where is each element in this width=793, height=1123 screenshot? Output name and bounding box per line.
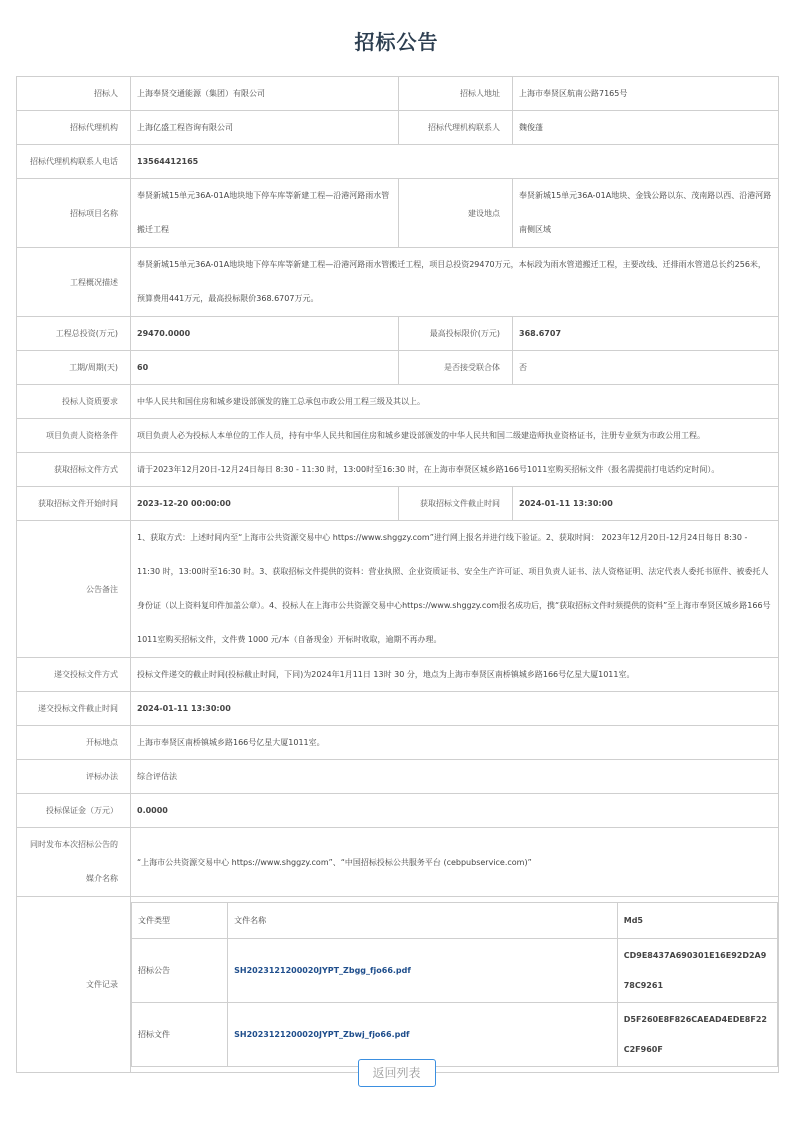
obtain-method-label: 获取招标文件方式	[17, 453, 131, 487]
tenderer-address-value: 上海市奉贤区航南公路7165号	[513, 77, 779, 111]
agency-phone-label: 招标代理机构联系人电话	[17, 145, 131, 179]
period-value: 60	[131, 351, 399, 385]
file-name-link[interactable]: SH2023121200020JYPT_Zbgg_fjo66.pdf	[228, 939, 618, 1003]
max-price-label: 最高投标限价(万元)	[399, 317, 513, 351]
site-label: 建设地点	[399, 179, 513, 248]
open-site-value: 上海市奉贤区南桥镇城乡路166号亿星大厦1011室。	[131, 726, 779, 760]
file-type: 招标公告	[132, 939, 228, 1003]
open-site-label: 开标地点	[17, 726, 131, 760]
total-invest-value: 29470.0000	[131, 317, 399, 351]
qualification-label: 投标人资质要求	[17, 385, 131, 419]
site-value: 奉贤新城15单元36A-01A地块、金钱公路以东、茂南路以西、沿港河路南侧区域	[513, 179, 779, 248]
eval-value: 综合评估法	[131, 760, 779, 794]
files-label: 文件记录	[17, 897, 131, 1073]
qualification-value: 中华人民共和国住房和城乡建设部颁发的施工总承包市政公用工程三级及其以上。	[131, 385, 779, 419]
media-value: “上海市公共资源交易中心 https://www.shggzy.com”、“中国…	[131, 828, 779, 897]
file-md5: CD9E8437A690301E16E92D2A978C9261	[617, 939, 777, 1003]
total-invest-label: 工程总投资(万元)	[17, 317, 131, 351]
obtain-start-label: 获取招标文件开始时间	[17, 487, 131, 521]
files-cell: 文件类型 文件名称 Md5 招标公告 SH2023121200020JYPT_Z…	[131, 897, 779, 1073]
eval-label: 评标办法	[17, 760, 131, 794]
files-table: 文件类型 文件名称 Md5 招标公告 SH2023121200020JYPT_Z…	[131, 902, 778, 1067]
obtain-start-value: 2023-12-20 00:00:00	[131, 487, 399, 521]
submit-method-label: 递交投标文件方式	[17, 658, 131, 692]
obtain-end-label: 获取招标文件截止时间	[399, 487, 513, 521]
consortium-label: 是否接受联合体	[399, 351, 513, 385]
consortium-value: 否	[513, 351, 779, 385]
file-type: 招标文件	[132, 1003, 228, 1067]
deposit-value: 0.0000	[131, 794, 779, 828]
agency-phone-value: 13564412165	[131, 145, 779, 179]
agency-value: 上海亿盛工程咨询有限公司	[131, 111, 399, 145]
overview-label: 工程概况描述	[17, 248, 131, 317]
file-row: 招标文件 SH2023121200020JYPT_Zbwj_fjo66.pdf …	[132, 1003, 778, 1067]
media-label: 同时发布本次招标公告的媒介名称	[17, 828, 131, 897]
file-name-link[interactable]: SH2023121200020JYPT_Zbwj_fjo66.pdf	[228, 1003, 618, 1067]
obtain-end-value: 2024-01-11 13:30:00	[513, 487, 779, 521]
obtain-method-value: 请于2023年12月20日-12月24日每日 8:30 - 11:30 时，13…	[131, 453, 779, 487]
remarks-value: 1、获取方式：上述时间内至“上海市公共资源交易中心 https://www.sh…	[131, 521, 779, 658]
files-header-type: 文件类型	[132, 903, 228, 939]
agency-contact-value: 魏俊蓬	[513, 111, 779, 145]
submit-deadline-value: 2024-01-11 13:30:00	[131, 692, 779, 726]
file-row: 招标公告 SH2023121200020JYPT_Zbgg_fjo66.pdf …	[132, 939, 778, 1003]
agency-label: 招标代理机构	[17, 111, 131, 145]
overview-value: 奉贤新城15单元36A-01A地块地下停车库等新建工程—沿港河路雨水管搬迁工程，…	[131, 248, 779, 317]
period-label: 工期/周期(天)	[17, 351, 131, 385]
project-name-value: 奉贤新城15单元36A-01A地块地下停车库等新建工程—沿港河路雨水管搬迁工程	[131, 179, 399, 248]
tenderer-label: 招标人	[17, 77, 131, 111]
files-header-name: 文件名称	[228, 903, 618, 939]
submit-deadline-label: 递交投标文件截止时间	[17, 692, 131, 726]
pm-label: 项目负责人资格条件	[17, 419, 131, 453]
tenderer-address-label: 招标人地址	[399, 77, 513, 111]
project-name-label: 招标项目名称	[17, 179, 131, 248]
submit-method-value: 投标文件递交的截止时间(投标截止时间，下同)为2024年1月11日 13时 30…	[131, 658, 779, 692]
tenderer-value: 上海奉贤交通能源（集团）有限公司	[131, 77, 399, 111]
agency-contact-label: 招标代理机构联系人	[399, 111, 513, 145]
remarks-label: 公告备注	[17, 521, 131, 658]
max-price-value: 368.6707	[513, 317, 779, 351]
page-title: 招标公告	[0, 26, 793, 55]
back-to-list-button[interactable]: 返回列表	[358, 1059, 436, 1087]
tender-info-table: 招标人 上海奉贤交通能源（集团）有限公司 招标人地址 上海市奉贤区航南公路716…	[16, 76, 779, 1073]
files-header-md5: Md5	[617, 903, 777, 939]
pm-value: 项目负责人必为投标人本单位的工作人员，持有中华人民共和国住房和城乡建设部颁发的中…	[131, 419, 779, 453]
file-md5: D5F260E8F826CAEAD4EDE8F22C2F960F	[617, 1003, 777, 1067]
deposit-label: 投标保证金（万元）	[17, 794, 131, 828]
